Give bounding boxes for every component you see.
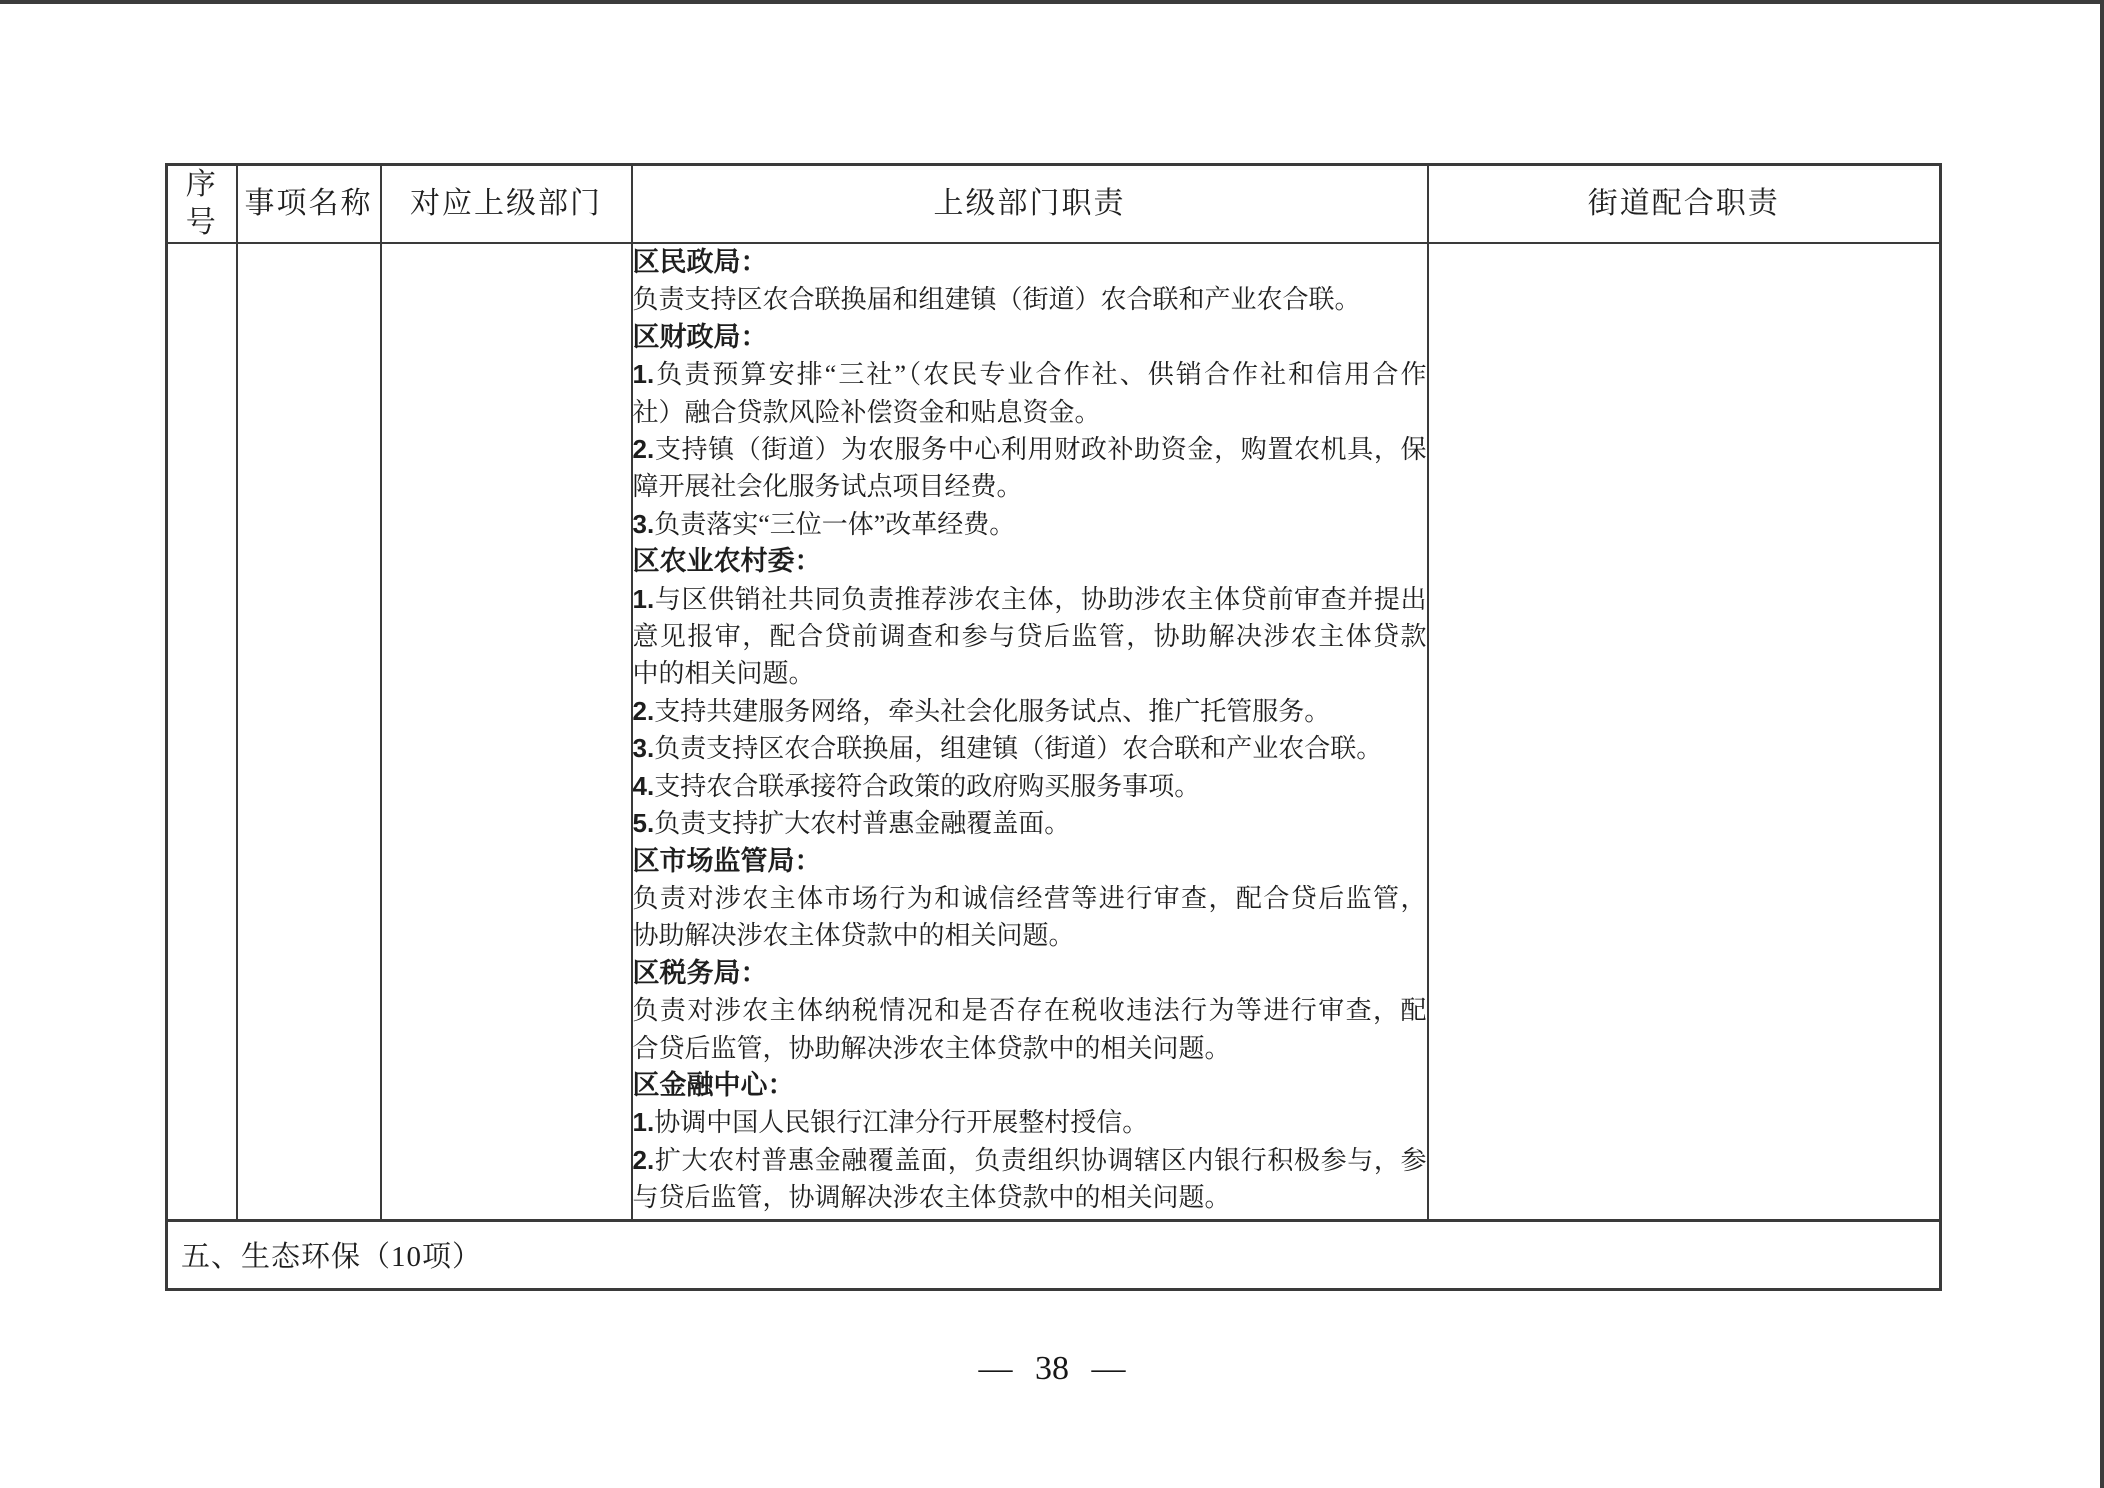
cell-street-duties-empty — [1428, 243, 1941, 1220]
col-header-item-name: 事项名称 — [237, 165, 381, 244]
table-header-row: 序 号 事项名称 对应上级部门 上级部门职责 街道配合职责 — [167, 165, 1941, 244]
duty-line: 与贷后监管，协调解决涉农主体贷款中的相关问题。 — [633, 1179, 1427, 1216]
duty-line: 障开展社会化服务试点项目经费。 — [633, 468, 1427, 505]
cell-superior-department-empty — [381, 243, 632, 1220]
document-page: 序 号 事项名称 对应上级部门 上级部门职责 街道配合职责 区民政局：负责支持区… — [0, 0, 2104, 1488]
col-header-superior-department: 对应上级部门 — [381, 165, 632, 244]
duty-line: 1.与区供销社共同负责推荐涉农主体，协助涉农主体贷前审查并提出 — [633, 581, 1427, 618]
table-row: 区民政局：负责支持区农合联换届和组建镇（街道）农合联和产业农合联。区财政局：1.… — [167, 243, 1941, 1220]
duty-item-number: 1. — [633, 1107, 655, 1137]
col-header-serial-number: 序 号 — [167, 165, 237, 244]
duty-line: 3.负责落实“三位一体”改革经费。 — [633, 506, 1427, 543]
duty-line: 合贷后监管，协助解决涉农主体贷款中的相关问题。 — [633, 1030, 1427, 1067]
duty-line: 4.支持农合联承接符合政策的政府购买服务事项。 — [633, 768, 1427, 805]
duty-line: 3.负责支持区农合联换届，组建镇（街道）农合联和产业农合联。 — [633, 730, 1427, 767]
duty-item-number: 1. — [633, 584, 655, 614]
duty-line: 社）融合贷款风险补偿资金和贴息资金。 — [633, 394, 1427, 431]
duty-line: 负责对涉农主体市场行为和诚信经营等进行审查，配合贷后监管， — [633, 880, 1427, 917]
duty-item-number: 3. — [633, 509, 655, 539]
duty-item-number: 5. — [633, 808, 655, 838]
duty-line: 5.负责支持扩大农村普惠金融覆盖面。 — [633, 805, 1427, 842]
duty-line: 负责对涉农主体纳税情况和是否存在税收违法行为等进行审查，配 — [633, 992, 1427, 1029]
duty-heading: 区农业农村委： — [633, 543, 1427, 580]
duty-line: 1.协调中国人民银行江津分行开展整村授信。 — [633, 1104, 1427, 1141]
duty-heading: 区财政局： — [633, 319, 1427, 356]
duty-item-number: 2. — [633, 696, 655, 726]
cell-item-name-empty — [237, 243, 381, 1220]
duty-heading: 区民政局： — [633, 244, 1427, 281]
col-header-superior-duties: 上级部门职责 — [632, 165, 1428, 244]
duty-item-number: 4. — [633, 771, 655, 801]
duty-item-number: 1. — [633, 359, 655, 389]
duty-item-number: 2. — [633, 1145, 655, 1175]
superior-duties-text: 区民政局：负责支持区农合联换届和组建镇（街道）农合联和产业农合联。区财政局：1.… — [633, 244, 1427, 1216]
duty-heading: 区税务局： — [633, 955, 1427, 992]
section-title: 五、生态环保（10项） — [167, 1220, 1941, 1289]
section-title-row: 五、生态环保（10项） — [167, 1220, 1941, 1289]
page-number: — 38 — — [0, 1350, 2104, 1388]
duty-line: 2.支持共建服务网络，牵头社会化服务试点、推广托管服务。 — [633, 693, 1427, 730]
duty-item-number: 2. — [633, 434, 655, 464]
responsibility-table: 序 号 事项名称 对应上级部门 上级部门职责 街道配合职责 区民政局：负责支持区… — [165, 163, 1942, 1291]
duty-heading: 区金融中心： — [633, 1067, 1427, 1104]
col-header-street-duties: 街道配合职责 — [1428, 165, 1941, 244]
cell-superior-duties: 区民政局：负责支持区农合联换届和组建镇（街道）农合联和产业农合联。区财政局：1.… — [632, 243, 1428, 1220]
cell-serial-number-empty — [167, 243, 237, 1220]
duty-line: 1.负责预算安排“三社”（农民专业合作社、供销合作社和信用合作 — [633, 356, 1427, 393]
duty-item-number: 3. — [633, 733, 655, 763]
duty-line: 中的相关问题。 — [633, 655, 1427, 692]
duty-heading: 区市场监管局： — [633, 843, 1427, 880]
scan-edge-right — [2100, 0, 2104, 1488]
duty-line: 2.支持镇（街道）为农服务中心利用财政补助资金，购置农机具，保 — [633, 431, 1427, 468]
duty-line: 2.扩大农村普惠金融覆盖面，负责组织协调辖区内银行积极参与，参 — [633, 1142, 1427, 1179]
duty-line: 协助解决涉农主体贷款中的相关问题。 — [633, 917, 1427, 954]
duty-line: 意见报审，配合贷前调查和参与贷后监管，协助解决涉农主体贷款 — [633, 618, 1427, 655]
scan-edge-top — [0, 0, 2104, 4]
duty-line: 负责支持区农合联换届和组建镇（街道）农合联和产业农合联。 — [633, 281, 1427, 318]
